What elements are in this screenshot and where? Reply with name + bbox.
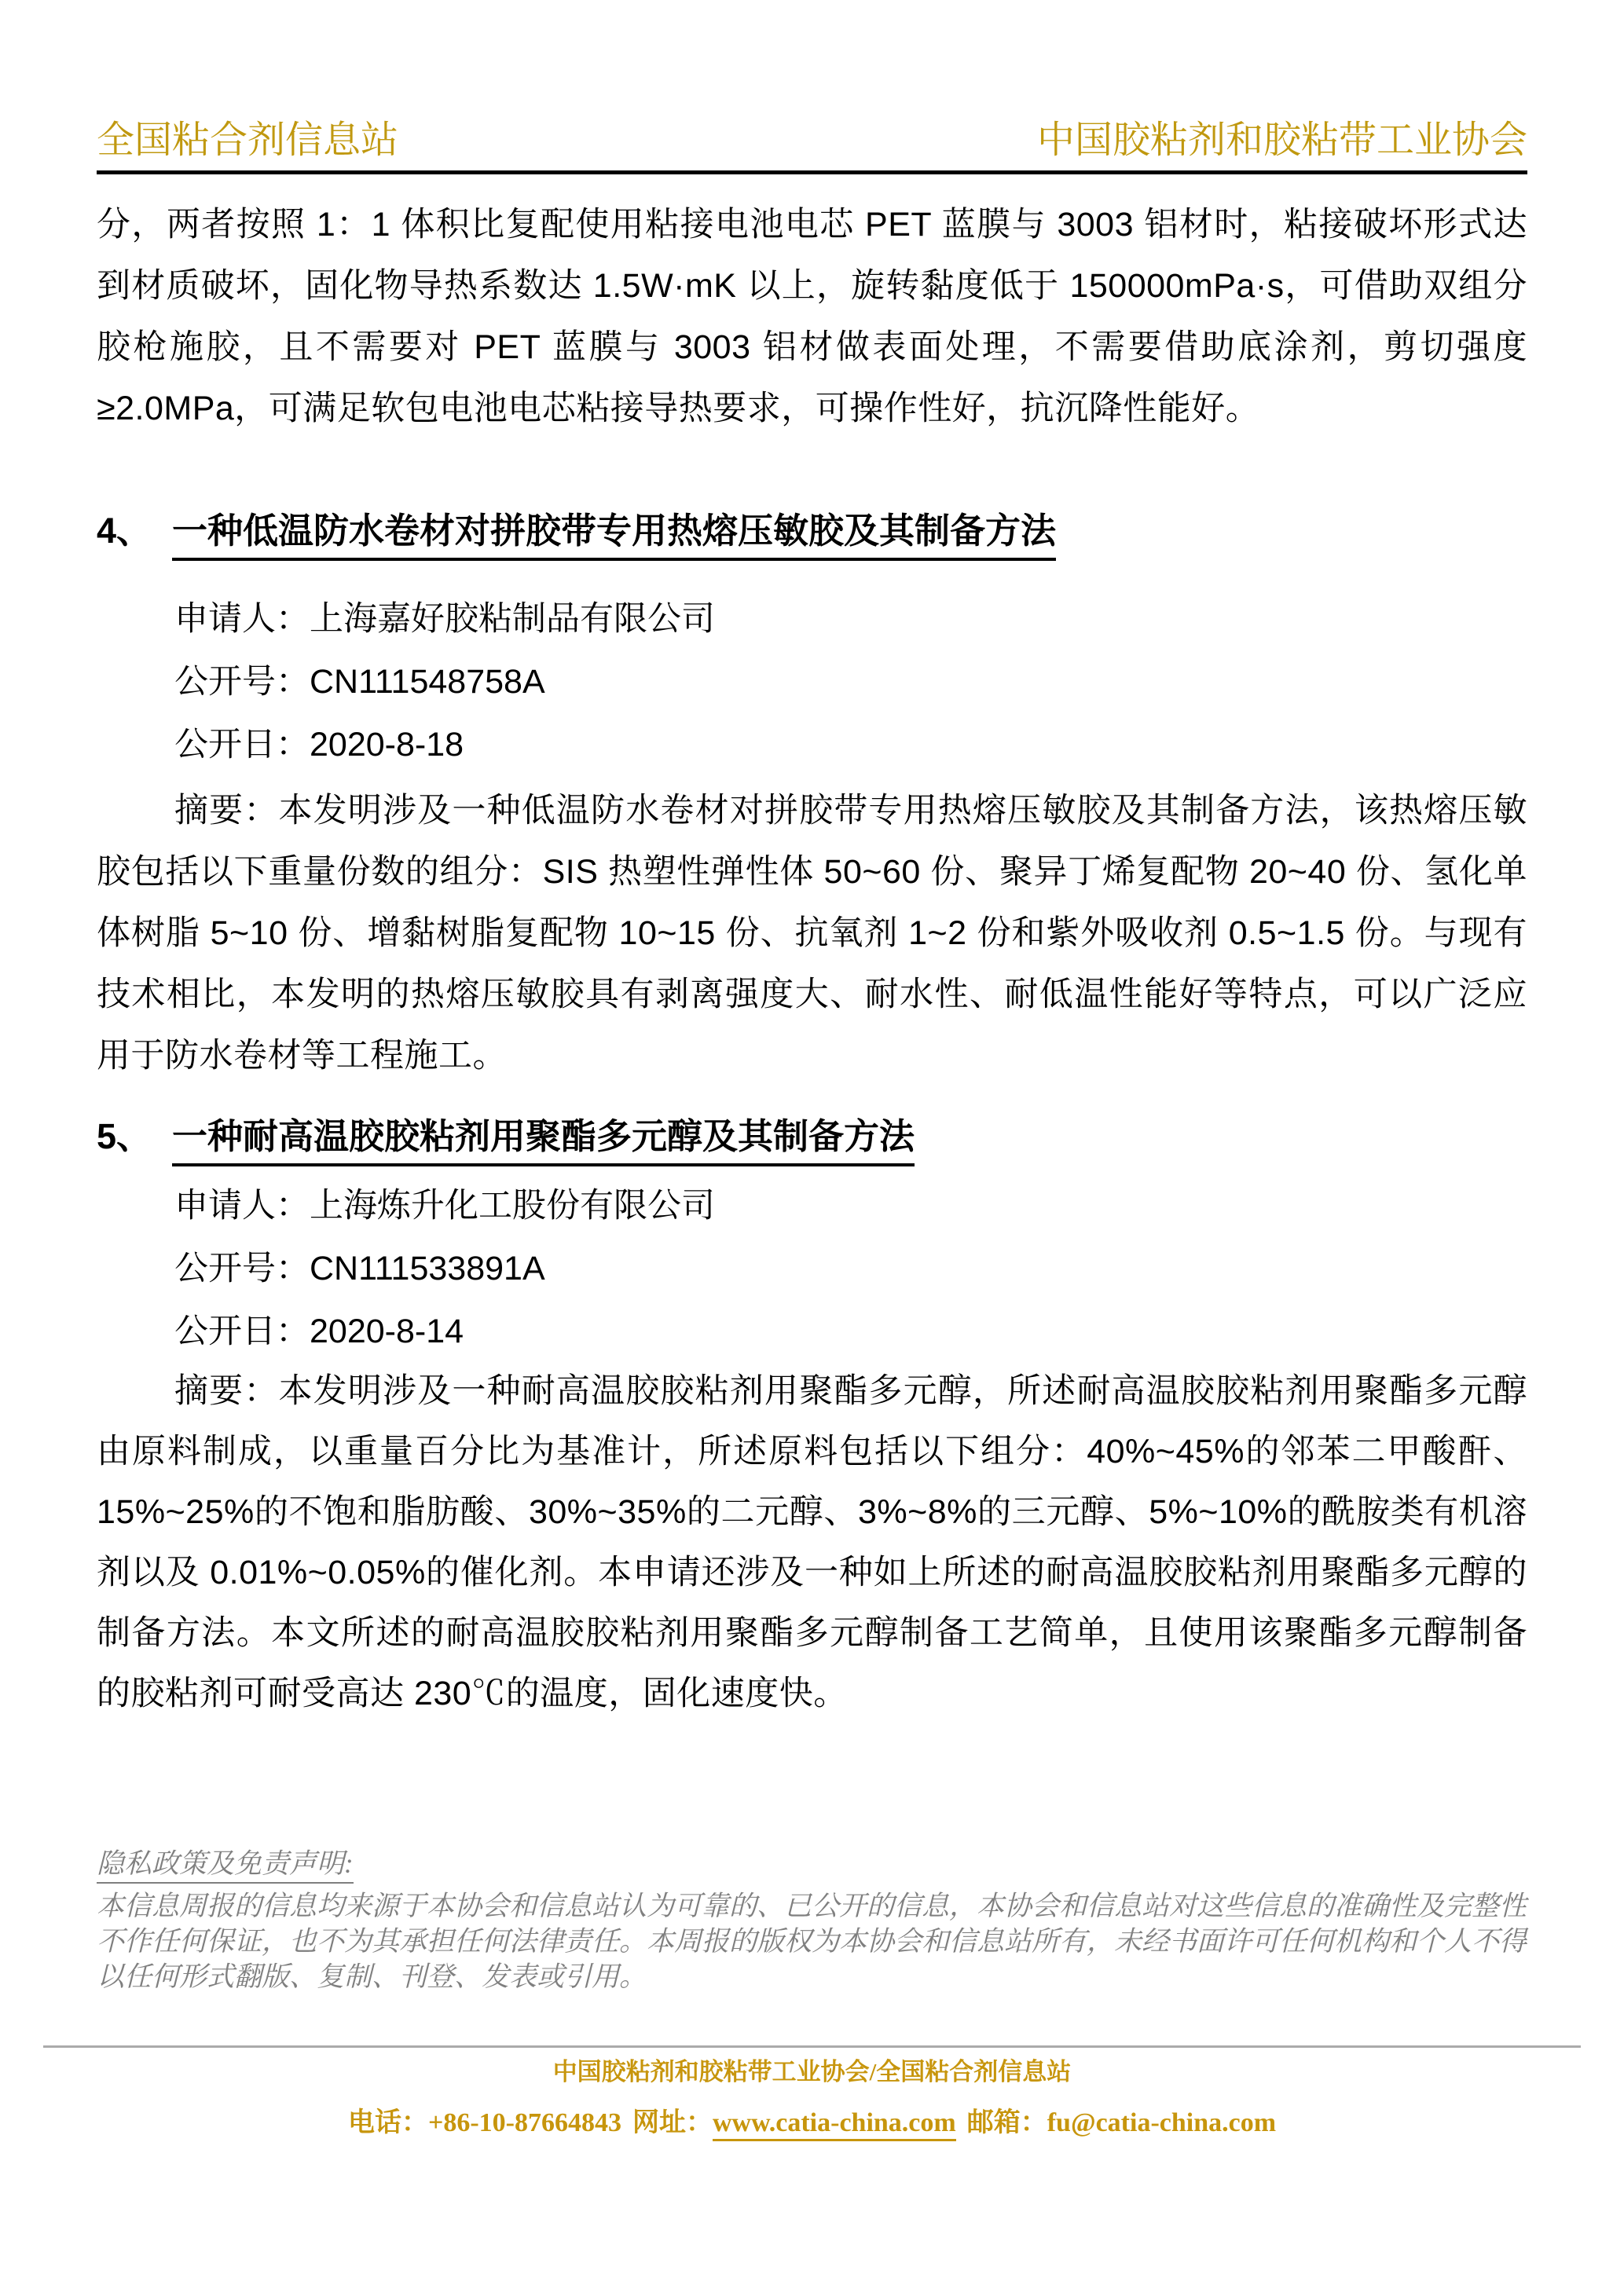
pubdate-label: 公开日： <box>174 726 310 764</box>
web-label: 网址： <box>632 2108 713 2137</box>
footer-contact-line: 电话：+86-10-87664843网址：www.catia-china.com… <box>0 2107 1624 2140</box>
patent-4-title: 一种低温防水卷材对拼胶带专用热熔压敏胶及其制备方法 <box>172 511 1056 561</box>
pubno-label: 公开号： <box>174 663 310 701</box>
patent-5-abstract: 摘要：本发明涉及一种耐高温胶胶粘剂用聚酯多元醇，所述耐高温胶胶粘剂用聚酯多元醇由… <box>97 1361 1527 1724</box>
patent-5-applicant-line: 申请人：上海炼升化工股份有限公司 <box>97 1174 1527 1237</box>
applicant-value: 上海炼升化工股份有限公司 <box>310 1187 715 1225</box>
applicant-label: 申请人： <box>174 600 310 638</box>
patent-4-pubdate-line: 公开日：2020-8-18 <box>97 713 1527 776</box>
disclaimer-title: 隐私政策及免责声明: <box>97 1846 354 1884</box>
applicant-value: 上海嘉好胶粘制品有限公司 <box>310 600 715 638</box>
patent-4-info: 申请人：上海嘉好胶粘制品有限公司 公开号：CN111548758A 公开日：20… <box>97 588 1527 776</box>
disclaimer-body: 本信息周报的信息均来源于本协会和信息站认为可靠的、已公开的信息，本协会和信息站对… <box>97 1888 1527 1994</box>
patent-5-pubdate-line: 公开日：2020-8-14 <box>97 1300 1527 1363</box>
patent-4-applicant-line: 申请人：上海嘉好胶粘制品有限公司 <box>97 588 1527 650</box>
document-page: 全国粘合剂信息站 中国胶粘剂和胶粘带工业协会 分，两者按照 1：1 体积比复配使… <box>0 0 1624 2296</box>
patent-4-heading: 4、一种低温防水卷材对拼胶带专用热熔压敏胶及其制备方法 <box>97 509 1527 553</box>
pubno-value: CN111533891A <box>310 1250 545 1287</box>
intro-paragraph: 分，两者按照 1：1 体积比复配使用粘接电池电芯 PET 蓝膜与 3003 铝材… <box>97 194 1527 439</box>
patent-5-info: 申请人：上海炼升化工股份有限公司 公开号：CN111533891A 公开日：20… <box>97 1174 1527 1363</box>
patent-5-number: 5、 <box>97 1116 172 1156</box>
phone-label: 电话： <box>348 2108 428 2137</box>
email-label: 邮箱： <box>967 2108 1047 2137</box>
page-header: 全国粘合剂信息站 中国胶粘剂和胶粘带工业协会 <box>97 118 1527 174</box>
pubdate-value: 2020-8-18 <box>310 726 464 764</box>
patent-5-title: 一种耐高温胶胶粘剂用聚酯多元醇及其制备方法 <box>172 1116 915 1166</box>
phone-value: +86-10-87664843 <box>428 2108 621 2137</box>
patent-4-abstract: 摘要：本发明涉及一种低温防水卷材对拼胶带专用热熔压敏胶及其制备方法，该热熔压敏胶… <box>97 780 1527 1086</box>
footer-organization: 中国胶粘剂和胶粘带工业协会/全国粘合剂信息站 <box>0 2056 1624 2088</box>
footer-divider <box>43 2045 1581 2048</box>
header-left-title: 全国粘合剂信息站 <box>97 118 398 163</box>
pubno-value: CN111548758A <box>310 663 545 701</box>
pubdate-label: 公开日： <box>174 1313 310 1350</box>
patent-4-number: 4、 <box>97 511 172 551</box>
pubno-label: 公开号： <box>174 1250 310 1287</box>
email-value: fu@catia-china.com <box>1047 2108 1276 2137</box>
patent-4-pubno-line: 公开号：CN111548758A <box>97 650 1527 713</box>
patent-5-heading: 5、一种耐高温胶胶粘剂用聚酯多元醇及其制备方法 <box>97 1115 1527 1159</box>
pubdate-value: 2020-8-14 <box>310 1313 464 1350</box>
website-link[interactable]: www.catia-china.com <box>713 2108 956 2141</box>
patent-5-pubno-line: 公开号：CN111533891A <box>97 1237 1527 1300</box>
header-right-title: 中国胶粘剂和胶粘带工业协会 <box>1037 118 1527 163</box>
applicant-label: 申请人： <box>174 1187 310 1225</box>
disclaimer-block: 隐私政策及免责声明: 本信息周报的信息均来源于本协会和信息站认为可靠的、已公开的… <box>97 1846 1527 1994</box>
